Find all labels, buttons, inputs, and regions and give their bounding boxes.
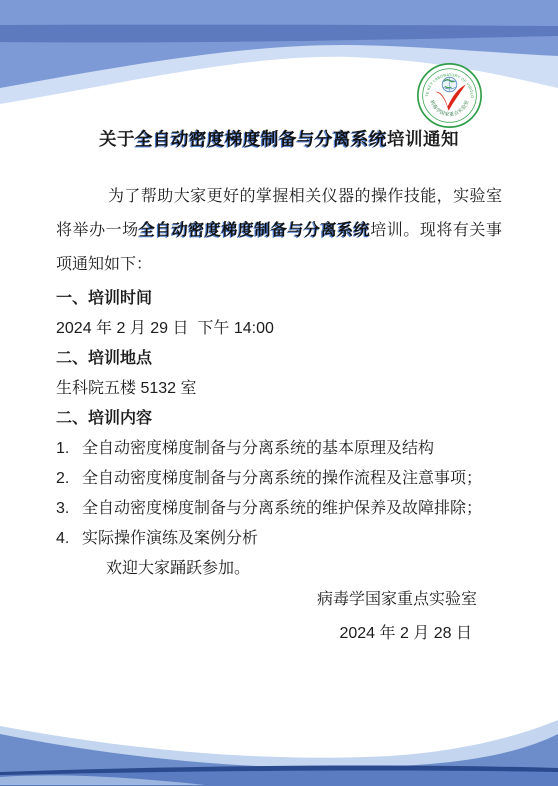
title-highlight: 全自动密度梯度制备与分离系统 xyxy=(135,129,387,149)
title-suffix: 培训通知 xyxy=(387,129,459,149)
section-heading-content: 二、培训内容 xyxy=(56,404,502,434)
notice-page: STATE KEY LABORATORY OF VIROLOGY 病毒学国家重点… xyxy=(0,0,558,786)
list-item-1: 1.全自动密度梯度制备与分离系统的基本原理及结构 xyxy=(56,434,502,464)
list-number: 3. xyxy=(56,494,82,524)
training-content-list: 1.全自动密度梯度制备与分离系统的基本原理及结构 2.全自动密度梯度制备与分离系… xyxy=(56,434,502,554)
closing-line: 欢迎大家踊跃参加。 xyxy=(56,554,502,584)
signature-date: 2024 年 2 月 28 日 xyxy=(56,618,502,649)
list-item-4: 4.实际操作演练及案例分析 xyxy=(56,524,502,554)
signature-organization: 病毒学国家重点实验室 xyxy=(56,584,502,615)
list-item-3: 3.全自动密度梯度制备与分离系统的维护保养及故障排除； xyxy=(56,494,502,524)
title-prefix: 关于 xyxy=(99,129,135,149)
globe-icon xyxy=(442,77,457,92)
list-text: 全自动密度梯度制备与分离系统的基本原理及结构 xyxy=(82,440,434,457)
notice-content: 关于全自动密度梯度制备与分离系统培训通知 为了帮助大家更好的掌握相关仪器的操作技… xyxy=(56,126,502,649)
training-location-value: 生科院五楼 5132 室 xyxy=(56,374,502,404)
lab-logo: STATE KEY LABORATORY OF VIROLOGY 病毒学国家重点… xyxy=(416,62,483,129)
list-item-2: 2.全自动密度梯度制备与分离系统的操作流程及注意事项； xyxy=(56,464,502,494)
training-time-value: 2024 年 2 月 29 日 下午 14:00 xyxy=(56,314,502,344)
notice-title: 关于全自动密度梯度制备与分离系统培训通知 xyxy=(56,126,502,152)
intro-paragraph: 为了帮助大家更好的掌握相关仪器的操作技能，实验室将举办一场全自动密度梯度制备与分… xyxy=(56,180,502,282)
list-text: 全自动密度梯度制备与分离系统的维护保养及故障排除； xyxy=(82,500,482,517)
list-number: 4. xyxy=(56,524,82,554)
list-text: 全自动密度梯度制备与分离系统的操作流程及注意事项； xyxy=(82,470,482,487)
intro-highlight: 全自动密度梯度制备与分离系统 xyxy=(139,222,371,239)
list-number: 2. xyxy=(56,464,82,494)
list-number: 1. xyxy=(56,434,82,464)
list-text: 实际操作演练及案例分析 xyxy=(82,530,258,547)
bottom-wave-decoration xyxy=(0,686,558,786)
section-heading-time: 一、培训时间 xyxy=(56,284,502,314)
section-heading-location: 二、培训地点 xyxy=(56,344,502,374)
